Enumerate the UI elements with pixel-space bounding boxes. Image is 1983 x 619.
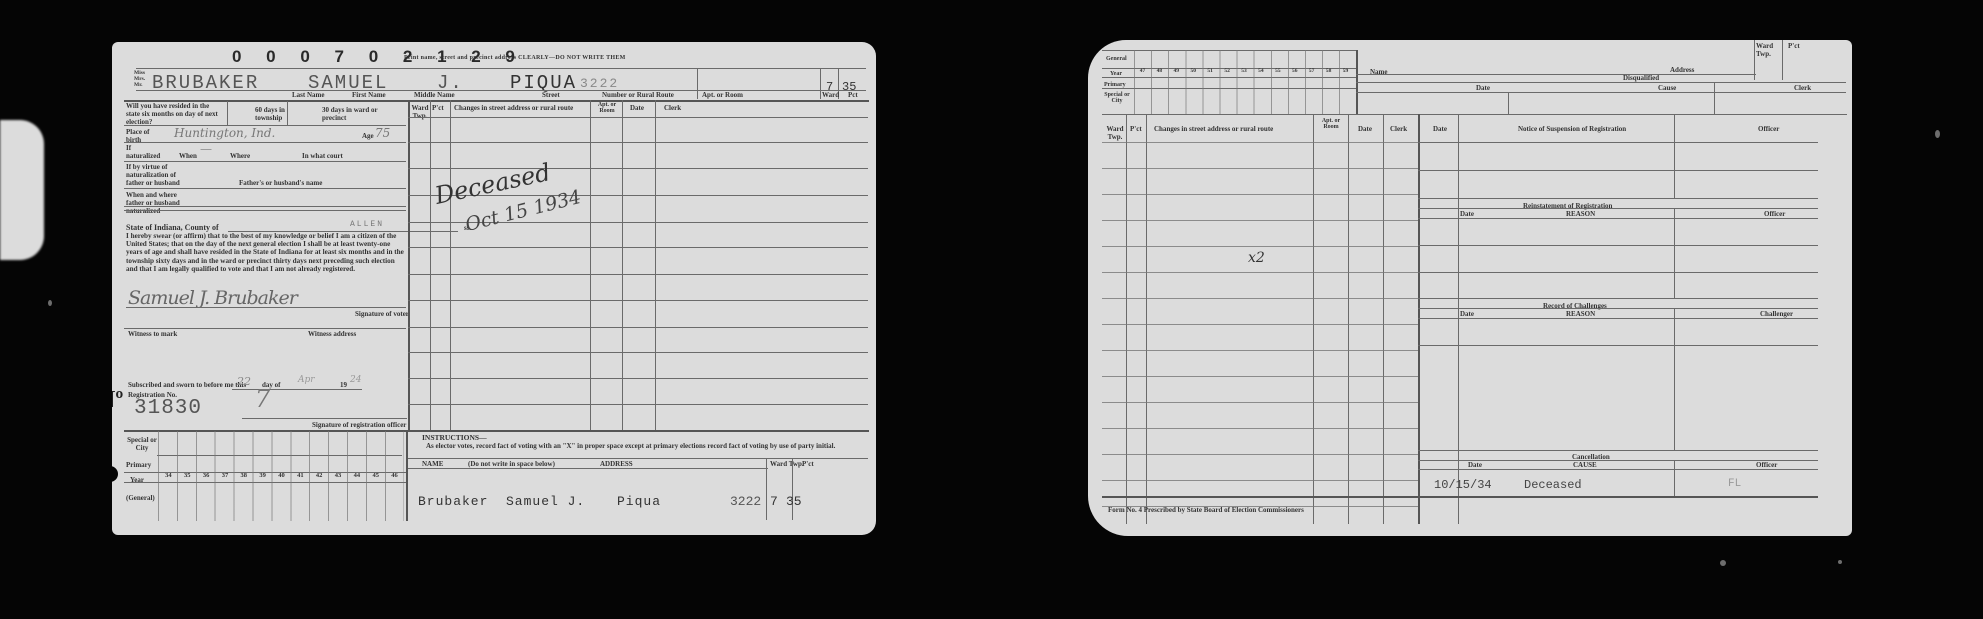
index-ward: 7 [770,494,780,509]
cancellation-officer: FL [1728,478,1741,490]
registration-number: 31830 [134,397,202,420]
film-speck [48,300,52,306]
index-number: 3222 [730,494,761,509]
film-speck [1935,130,1940,138]
header-instruction: Print name, street and precinct address … [404,54,626,62]
pencil-mark: x2 [1248,250,1265,266]
adjacent-card-edge [0,120,44,260]
cancellation-cause: Deceased [1524,478,1582,492]
cancellation-date: 10/15/34 [1434,478,1492,492]
house-number-value: 3222 [580,76,619,91]
voting-grid-columns [1134,50,1356,114]
residency-question: Will you have resided in the state six m… [126,102,221,126]
birth-place-value: Huntington, Ind. [174,126,275,140]
registration-officer-signature: 7 [255,385,270,413]
card-perforation [112,52,118,522]
index-last-name: Brubaker [418,494,488,509]
title-labels: Miss Mrs. Mr. [134,70,145,88]
county-value: ALLEN [350,220,384,229]
card-perforation [1846,70,1852,520]
oath-text: I hereby swear (or affirm) that to the b… [126,232,406,273]
voting-grid-columns [158,431,404,521]
film-speck [1838,560,1842,564]
voter-signature: Samuel J. Brubaker [128,287,297,309]
age-value: 75 [375,126,390,140]
changes-rows [1102,142,1418,524]
index-first-name: Samuel J. [506,494,585,509]
instructions-title: INSTRUCTIONS— [422,434,487,442]
index-pct: 35 [786,494,802,509]
form-footer: Form No. 4 Prescribed by State Board of … [1108,506,1304,514]
instructions-text: As elector votes, record fact of voting … [426,442,846,450]
registration-card-back: General Year Primary Special or City 47 … [1088,40,1852,536]
film-speck [1720,560,1726,566]
registration-no-label: Nº [112,387,123,414]
index-street: Piqua [617,494,661,509]
registration-card-front: 0 0 0 7 0 2 1 2 9 Print name, street and… [112,42,876,535]
